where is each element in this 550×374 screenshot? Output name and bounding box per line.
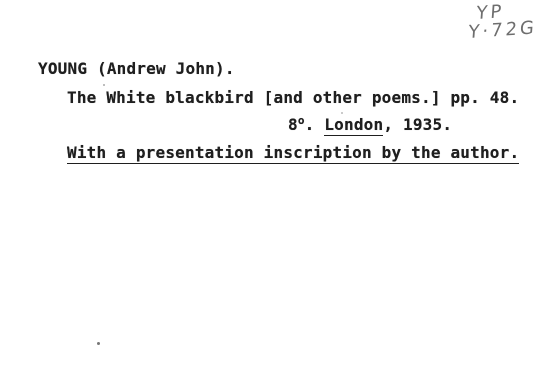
format-size: 8 bbox=[288, 115, 298, 134]
imprint-separator: . bbox=[305, 115, 325, 134]
scan-speck bbox=[103, 84, 105, 86]
imprint-place: London bbox=[324, 115, 383, 136]
shelfmark-line-2: Y·72G bbox=[468, 19, 538, 42]
imprint-date: , 1935. bbox=[383, 115, 452, 134]
note-line: With a presentation inscription by the a… bbox=[67, 143, 519, 163]
title-line: The White blackbird [and other poems.] p… bbox=[67, 88, 519, 108]
scan-speck bbox=[341, 112, 343, 114]
format-size-superscript: o bbox=[298, 114, 305, 127]
imprint-line: 8o. London, 1935. bbox=[288, 115, 452, 135]
catalogue-card: YP Y·72G YOUNG (Andrew John). The White … bbox=[0, 0, 550, 374]
author-heading: YOUNG (Andrew John). bbox=[38, 59, 235, 79]
scan-speck bbox=[97, 342, 100, 345]
note-text: With a presentation inscription by the a… bbox=[67, 143, 519, 164]
